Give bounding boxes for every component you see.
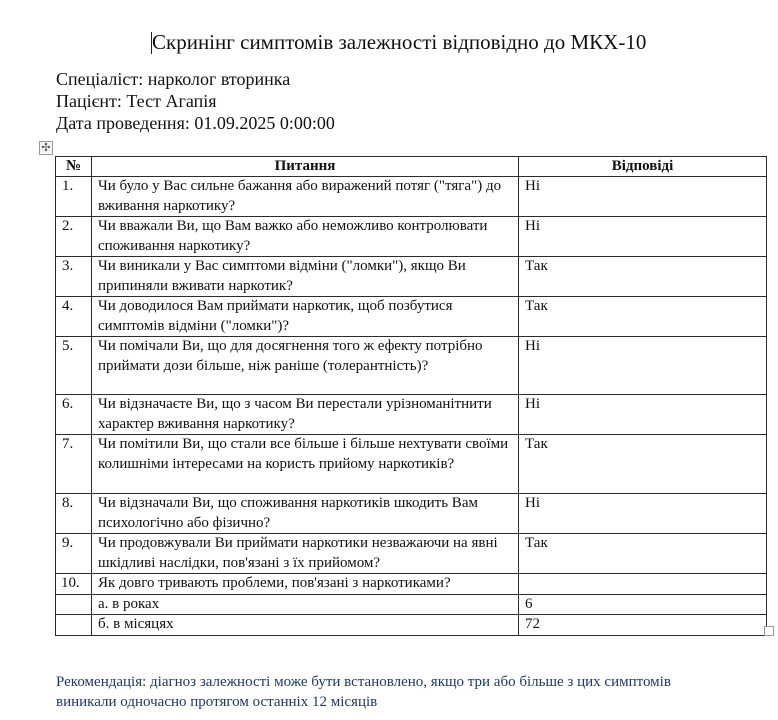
table-row: 6.Чи відзначаєте Ви, що з часом Ви перес… (56, 395, 767, 435)
row-number (56, 615, 92, 636)
row-answer[interactable]: Ні (519, 177, 767, 217)
row-answer[interactable]: Так (519, 257, 767, 297)
patient-line: Пацієнт: Тест Агапія (56, 90, 335, 112)
row-number: 5. (56, 337, 92, 395)
date-line: Дата проведення: 01.09.2025 0:00:00 (56, 112, 335, 134)
row-number: 8. (56, 494, 92, 534)
row-question: Чи помітили Ви, що стали все більше і бі… (92, 435, 519, 494)
row-number: 4. (56, 297, 92, 337)
row-answer[interactable]: Так (519, 435, 767, 494)
row-question: Чи було у Вас сильне бажання або виражен… (92, 177, 519, 217)
table-row: а. в роках6 (56, 594, 767, 615)
row-question: а. в роках (92, 594, 519, 615)
row-question: Чи вважали Ви, що Вам важко або неможлив… (92, 217, 519, 257)
row-number: 7. (56, 435, 92, 494)
row-answer[interactable]: Ні (519, 337, 767, 395)
table-row: 2.Чи вважали Ви, що Вам важко або неможл… (56, 217, 767, 257)
table-row: 4.Чи доводилося Вам приймати наркотик, щ… (56, 297, 767, 337)
table-row: 5.Чи помічали Ви, що для досягнення того… (56, 337, 767, 395)
row-question: Чи доводилося Вам приймати наркотик, щоб… (92, 297, 519, 337)
header-answer: Відповіді (519, 157, 767, 177)
document-title: Скринінг симптомів залежності відповідно… (152, 29, 646, 55)
table-row: 10.Як довго тривають проблеми, пов'язані… (56, 574, 767, 595)
document-meta: Спеціаліст: нарколог вторинка Пацієнт: Т… (56, 68, 335, 134)
row-number: 6. (56, 395, 92, 435)
row-question: б. в місяцях (92, 615, 519, 636)
table-row: 7.Чи помітили Ви, що стали все більше і … (56, 435, 767, 494)
table-resize-icon[interactable] (764, 626, 774, 636)
specialist-line: Спеціаліст: нарколог вторинка (56, 68, 335, 90)
row-number: 2. (56, 217, 92, 257)
row-question: Чи відзначали Ви, що споживання наркотик… (92, 494, 519, 534)
row-number (56, 594, 92, 615)
row-answer[interactable]: Ні (519, 395, 767, 435)
row-answer[interactable]: Ні (519, 217, 767, 257)
table-row: 9.Чи продовжували Ви приймати наркотики … (56, 534, 767, 574)
recommendation-text: Рекомендація: діагноз залежності може бу… (56, 672, 696, 712)
row-answer[interactable]: Ні (519, 494, 767, 534)
table-row: 3.Чи виникали у Вас симптоми відміни ("л… (56, 257, 767, 297)
header-question: Питання (92, 157, 519, 177)
table-body: 1.Чи було у Вас сильне бажання або вираж… (56, 177, 767, 636)
row-answer[interactable]: 72 (519, 615, 767, 636)
row-answer[interactable] (519, 574, 767, 595)
row-question: Чи помічали Ви, що для досягнення того ж… (92, 337, 519, 395)
row-answer[interactable]: Так (519, 534, 767, 574)
row-question: Чи відзначаєте Ви, що з часом Ви переста… (92, 395, 519, 435)
table-row: 1.Чи було у Вас сильне бажання або вираж… (56, 177, 767, 217)
row-question: Чи продовжували Ви приймати наркотики не… (92, 534, 519, 574)
row-number: 9. (56, 534, 92, 574)
row-question: Чи виникали у Вас симптоми відміни ("лом… (92, 257, 519, 297)
table-move-icon[interactable]: ✣ (39, 141, 53, 155)
table-row: б. в місяцях72 (56, 615, 767, 636)
row-question: Як довго тривають проблеми, пов'язані з … (92, 574, 519, 595)
row-answer[interactable]: 6 (519, 594, 767, 615)
table-header-row: № Питання Відповіді (56, 157, 767, 177)
row-number: 10. (56, 574, 92, 595)
screening-table: № Питання Відповіді 1.Чи було у Вас силь… (55, 156, 767, 636)
row-number: 1. (56, 177, 92, 217)
table-row: 8.Чи відзначали Ви, що споживання наркот… (56, 494, 767, 534)
header-number: № (56, 157, 92, 177)
row-number: 3. (56, 257, 92, 297)
row-answer[interactable]: Так (519, 297, 767, 337)
